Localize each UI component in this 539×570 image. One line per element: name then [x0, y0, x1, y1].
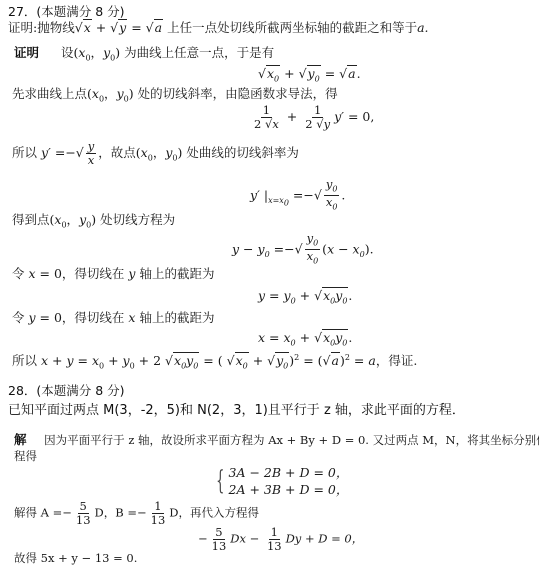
problem-27-header: 27．(本题满分 8 分)	[8, 4, 125, 20]
conclusion: 所以 x + y = x0 + y0 + 2 √x0y0 = ( √x0 + √…	[12, 350, 417, 375]
statement-suffix: 上任一点处切线所截两坐标轴的截距之和等于	[167, 20, 417, 35]
statement-var: a.	[417, 20, 428, 35]
proof-label: 证明	[14, 45, 39, 60]
step-4-text: 令 x = 0，得切线在 y 轴上的截距为	[12, 266, 214, 282]
frac-den: 13	[74, 514, 93, 527]
eq-sub-part-1: Dx −	[230, 532, 263, 546]
solve-mid: D，B =−	[95, 506, 147, 520]
solution-label: 解	[14, 432, 27, 447]
equation-system: { 3A − 2B + D = 0， 2A + 3B + D = 0，	[212, 464, 348, 500]
eq-sub-part-2: Dy + D = 0，	[286, 532, 364, 546]
statement-prefix: 证明:抛物线	[8, 20, 75, 35]
solution-line-2: 程得	[14, 448, 37, 464]
solution-line-1: 解 因为平面平行于 z 轴，故设所求平面方程为 Ax + By + D = 0.…	[14, 432, 539, 448]
frac-num: 1	[152, 500, 163, 514]
proof-intro: 设(x0，y0) 为曲线上任意一点，于是有	[61, 45, 274, 60]
equation-5: y = y0 + √x0y0.	[258, 288, 352, 310]
step-5-text: 令 y = 0，得切线在 x 轴上的截距为	[12, 310, 214, 326]
substituted-equation: −513Dx − 113Dy + D = 0，	[198, 526, 363, 556]
equation-2: 12 √x + 12 √yy′ = 0,	[250, 104, 374, 134]
step-2-text: 所以 y′ =−√yx，故点(x0，y0) 处曲线的切线斜率为	[12, 140, 299, 170]
problem-27-statement: 证明:抛物线√x + √y = √a 上任一点处切线所截两坐标轴的截距之和等于a…	[8, 20, 429, 36]
system-eq-1: 3A − 2B + D = 0，	[229, 464, 349, 481]
equation-4: y − y0 =−√y0x0(x − x0).	[232, 232, 374, 264]
frac-num: 5	[78, 500, 89, 514]
solution-text-1: 因为平面平行于 z 轴，故设所求平面方程为 Ax + By + D = 0. 又…	[44, 433, 539, 447]
equation-6: x = x0 + √x0y0.	[258, 330, 352, 352]
proof-intro-line: 证明 设(x0，y0) 为曲线上任意一点，于是有	[14, 45, 274, 67]
final-answer: 故得 5x + y − 13 = 0.	[14, 550, 137, 566]
problem-28-header: 28．(本题满分 8 分)	[8, 383, 125, 399]
solve-suffix: D，再代入方程得	[169, 506, 259, 520]
frac-den: 13	[149, 514, 168, 527]
equation-1: √x0 + √y0 = √a.	[258, 66, 361, 88]
problem-28-statement: 已知平面过两点 M(3，-2，5)和 N(2，3，1)且平行于 z 轴，求此平面…	[8, 403, 465, 419]
equation-3: y′ |x=x0 =−√y0x0.	[250, 178, 345, 210]
system-eq-2: 2A + 3B + D = 0，	[229, 481, 349, 498]
solve-prefix: 解得 A =−	[14, 506, 72, 520]
statement-formula: √x + √y = √a	[75, 20, 163, 35]
step-3-text: 得到点(x0，y0) 处切线方程为	[12, 212, 175, 234]
